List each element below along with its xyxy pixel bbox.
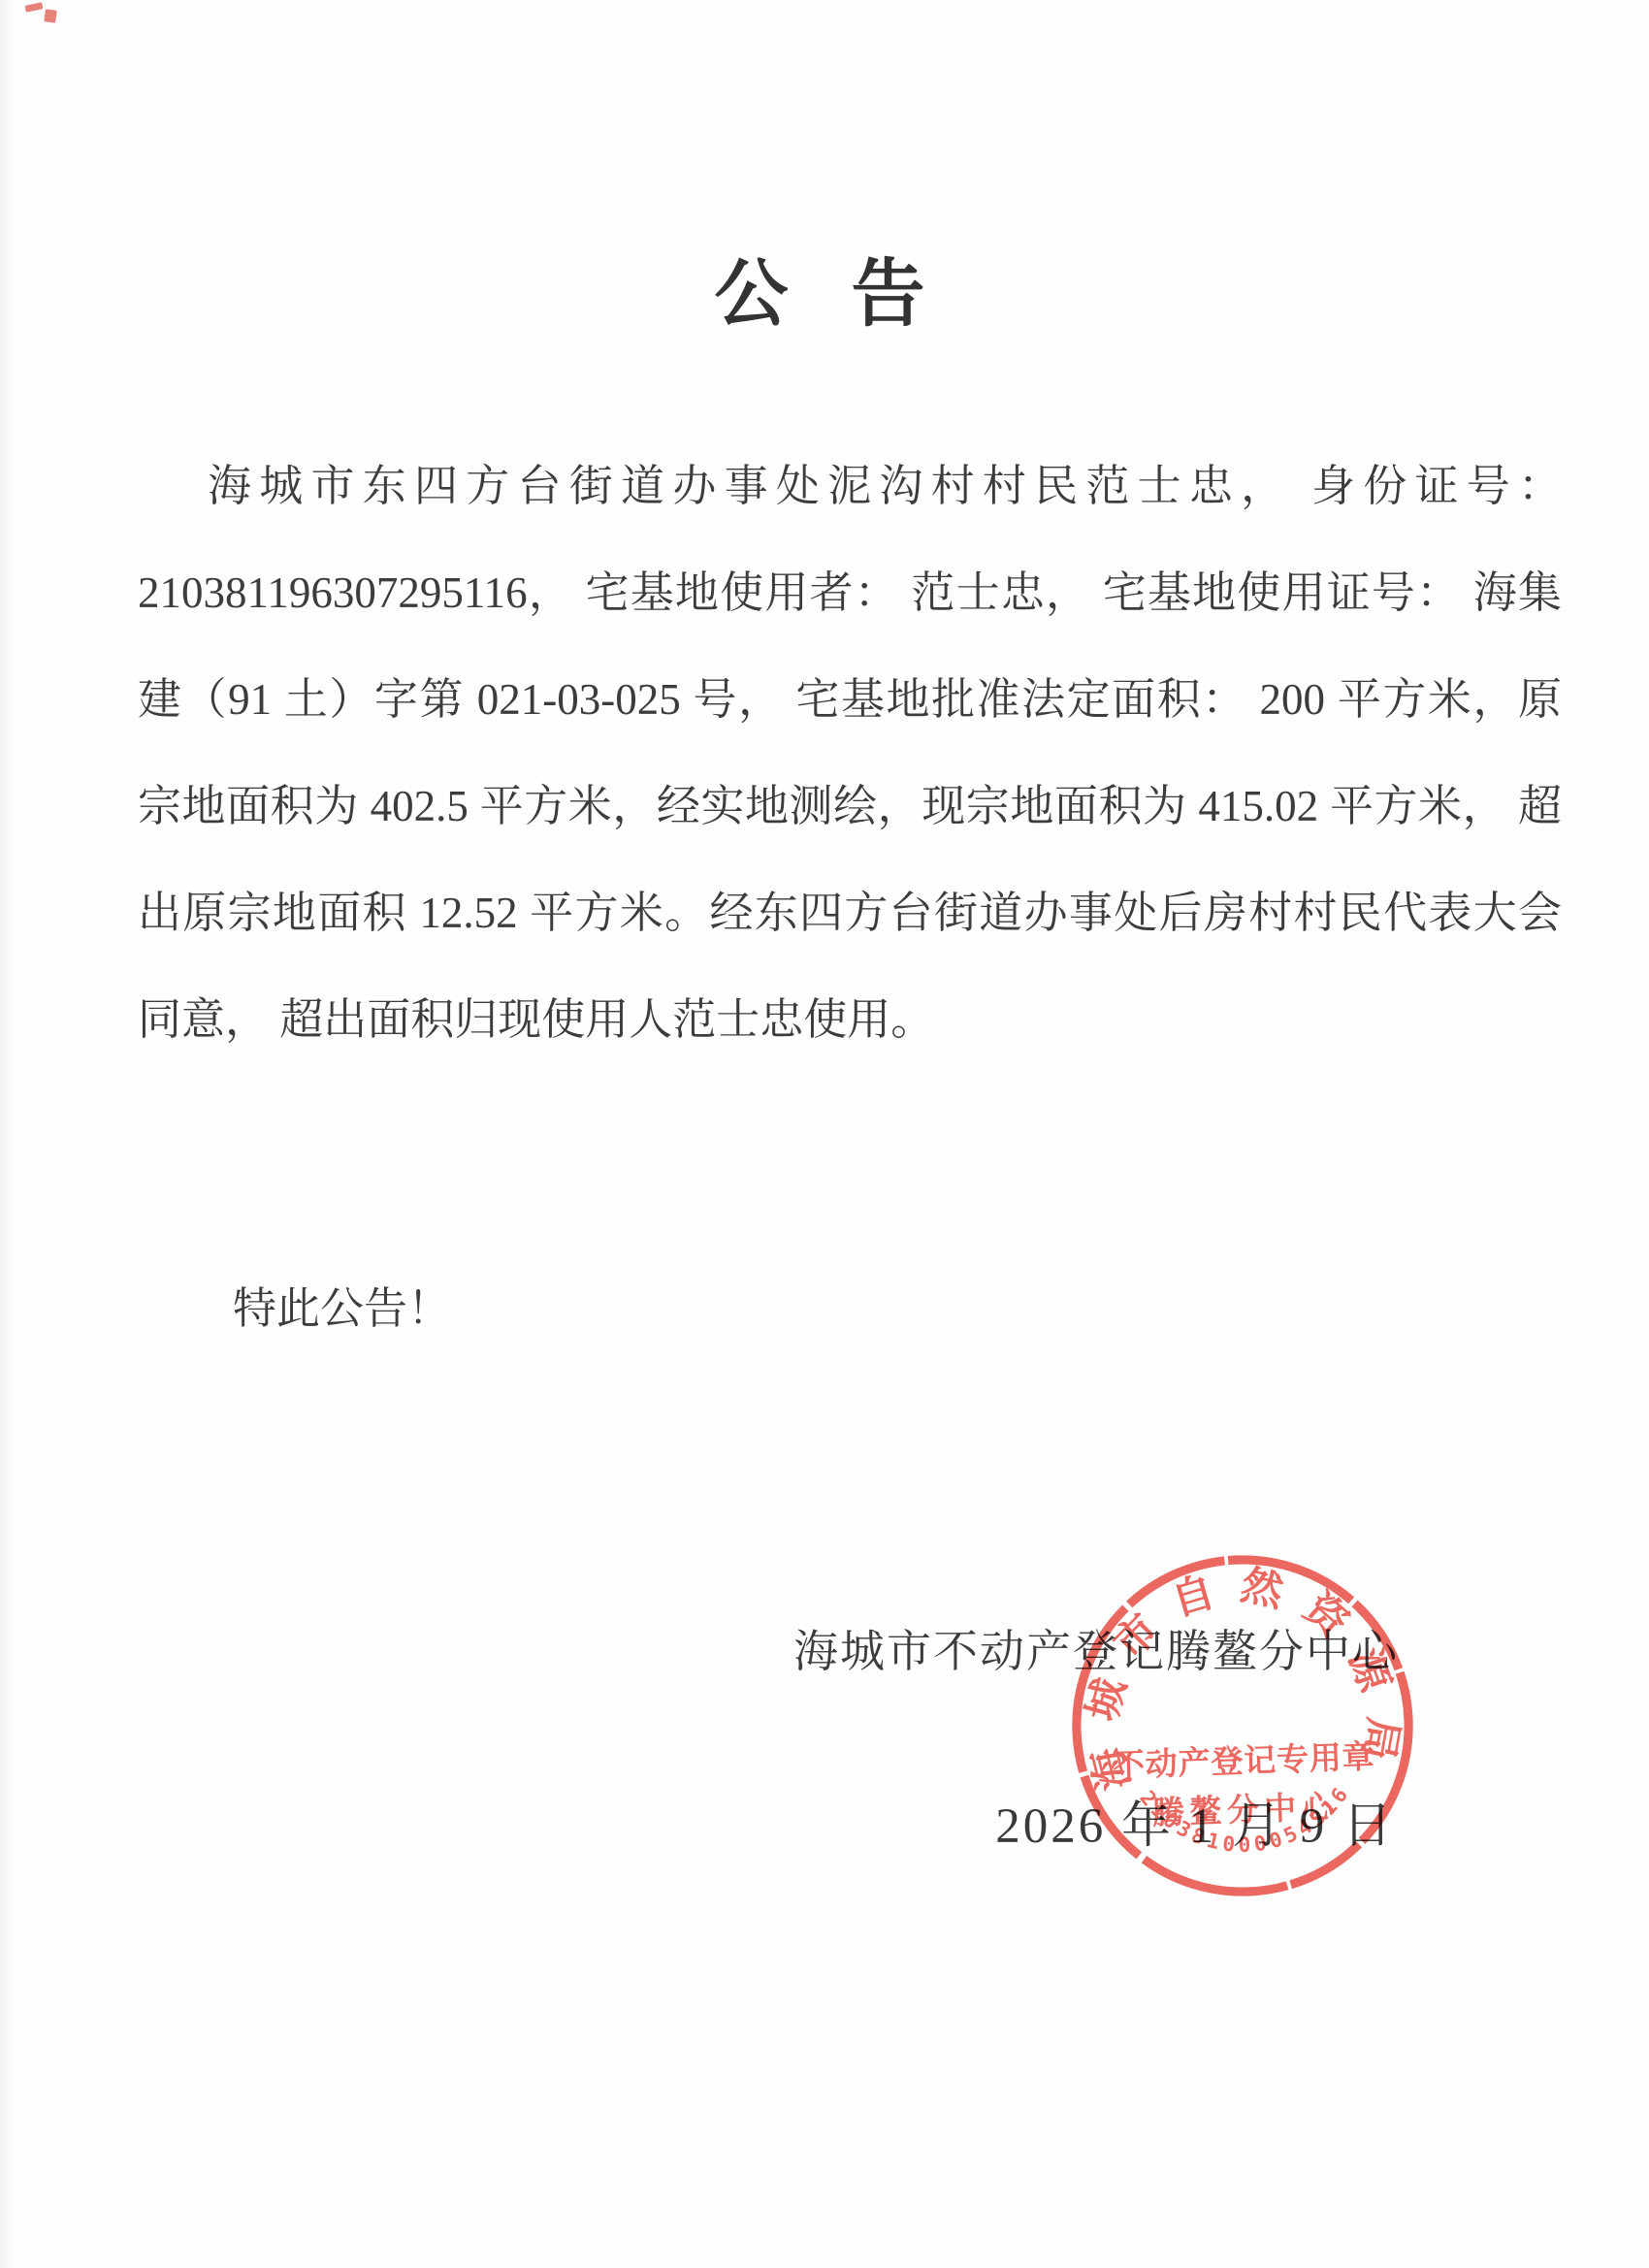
issuer-name: 海城市不动产登记腾鳌分中心 xyxy=(793,1616,1399,1680)
announcement-document: 公 告 海城市东四方台街道办事处泥沟村村民范士忠， 身份证号：210381196… xyxy=(0,0,1649,2268)
seal-center-text: 不动产登记专用章 xyxy=(1112,1738,1375,1784)
closing-statement: 特此公告！ xyxy=(138,1273,451,1336)
page-title: 公 告 xyxy=(0,235,1649,340)
red-scan-mark xyxy=(25,2,70,25)
issue-date: 2026 年 1 月 9 日 xyxy=(995,1785,1395,1857)
body-paragraph: 海城市东四方台街道办事处泥沟村村民范士忠， 身份证号：2103811963072… xyxy=(138,433,1562,1073)
